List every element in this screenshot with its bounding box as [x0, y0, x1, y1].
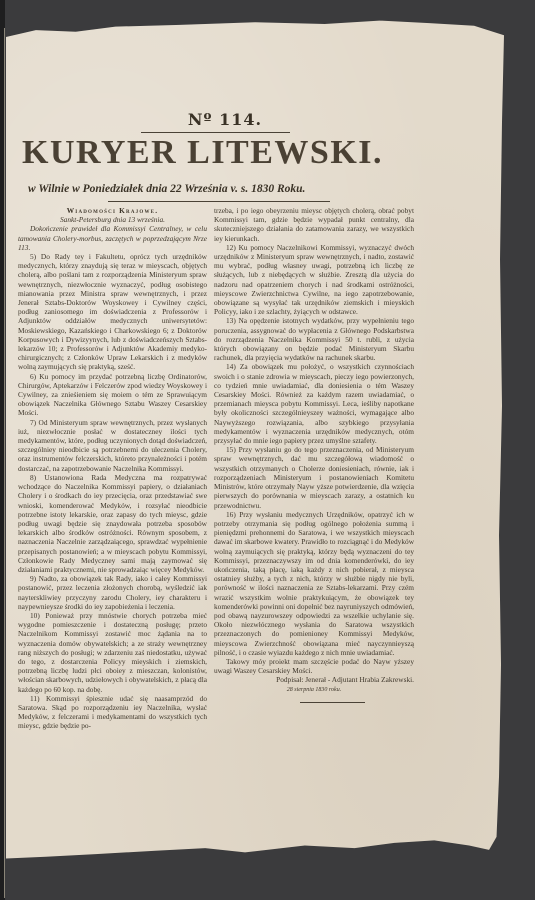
dateline-rule	[108, 201, 330, 202]
issue-number-rule	[141, 132, 290, 133]
article-subheading: Dokończenie prawideł dla Kommissyi Centr…	[18, 224, 207, 252]
paragraph-14: 14) Za obowiązek mu położyć, o wszystkic…	[214, 362, 414, 445]
paragraph-16: 16) Przy wysłaniu medycznych Urzędników,…	[214, 510, 414, 657]
signature: Podpisał: Jenerał - Adjutant Hrabia Zakr…	[214, 675, 414, 684]
left-column: Wiadomości Krajowe. Sankt-Petersburg dni…	[18, 206, 207, 731]
signature-date: 28 sierpnia 1830 roku.	[214, 686, 414, 695]
place-date: Sankt-Petersburg dnia 13 września.	[18, 215, 207, 224]
section-heading: Wiadomości Krajowe.	[18, 206, 207, 215]
paragraph-15: 15) Przy wysłaniu go do tego przeznaczen…	[214, 445, 414, 509]
issue-number: Nº 114.	[145, 110, 305, 129]
paragraph-7: 7) Od Ministeryum spraw wewnętrznych, pr…	[18, 418, 207, 473]
paragraph-6: 6) Ku pomocy im przydać potrzebną liczbę…	[18, 372, 207, 418]
dateline: w Wilnie w Poniedziałek dnia 22 Września…	[28, 183, 408, 195]
paragraph-8: 8) Ustanowiona Rada Medyczna ma rozpatry…	[18, 473, 207, 574]
newspaper-title: KURYER LITEWSKI.	[22, 134, 402, 172]
binding-edge-line	[4, 28, 5, 898]
closing-statement: Takowy móy proiekt mam szczęście podać d…	[214, 657, 414, 675]
paragraph-11: 11) Kommissyi śpiesznie udać się naasamp…	[18, 694, 207, 731]
paragraph-5: 5) Do Rady tey i Fakultetu, oprócz tych …	[18, 252, 207, 372]
end-rule	[300, 702, 365, 703]
paragraph-12: 12) Ku pomocy Naczelnikowi Kommissyi, wy…	[214, 243, 414, 317]
right-column: trzeba, i po iego obeyrzeniu mieysc obję…	[214, 206, 414, 703]
paragraph-9: 9) Nadto, za obowiązek tak Rady, iako i …	[18, 574, 207, 611]
paragraph-13: 13) Na opędzenie istotnych wydatków, prz…	[214, 316, 414, 362]
paragraph-11-continued: trzeba, i po iego obeyrzeniu mieysc obję…	[214, 206, 414, 243]
paragraph-10: 10) Ponieważ przy mnóstwie chorych potrz…	[18, 611, 207, 694]
